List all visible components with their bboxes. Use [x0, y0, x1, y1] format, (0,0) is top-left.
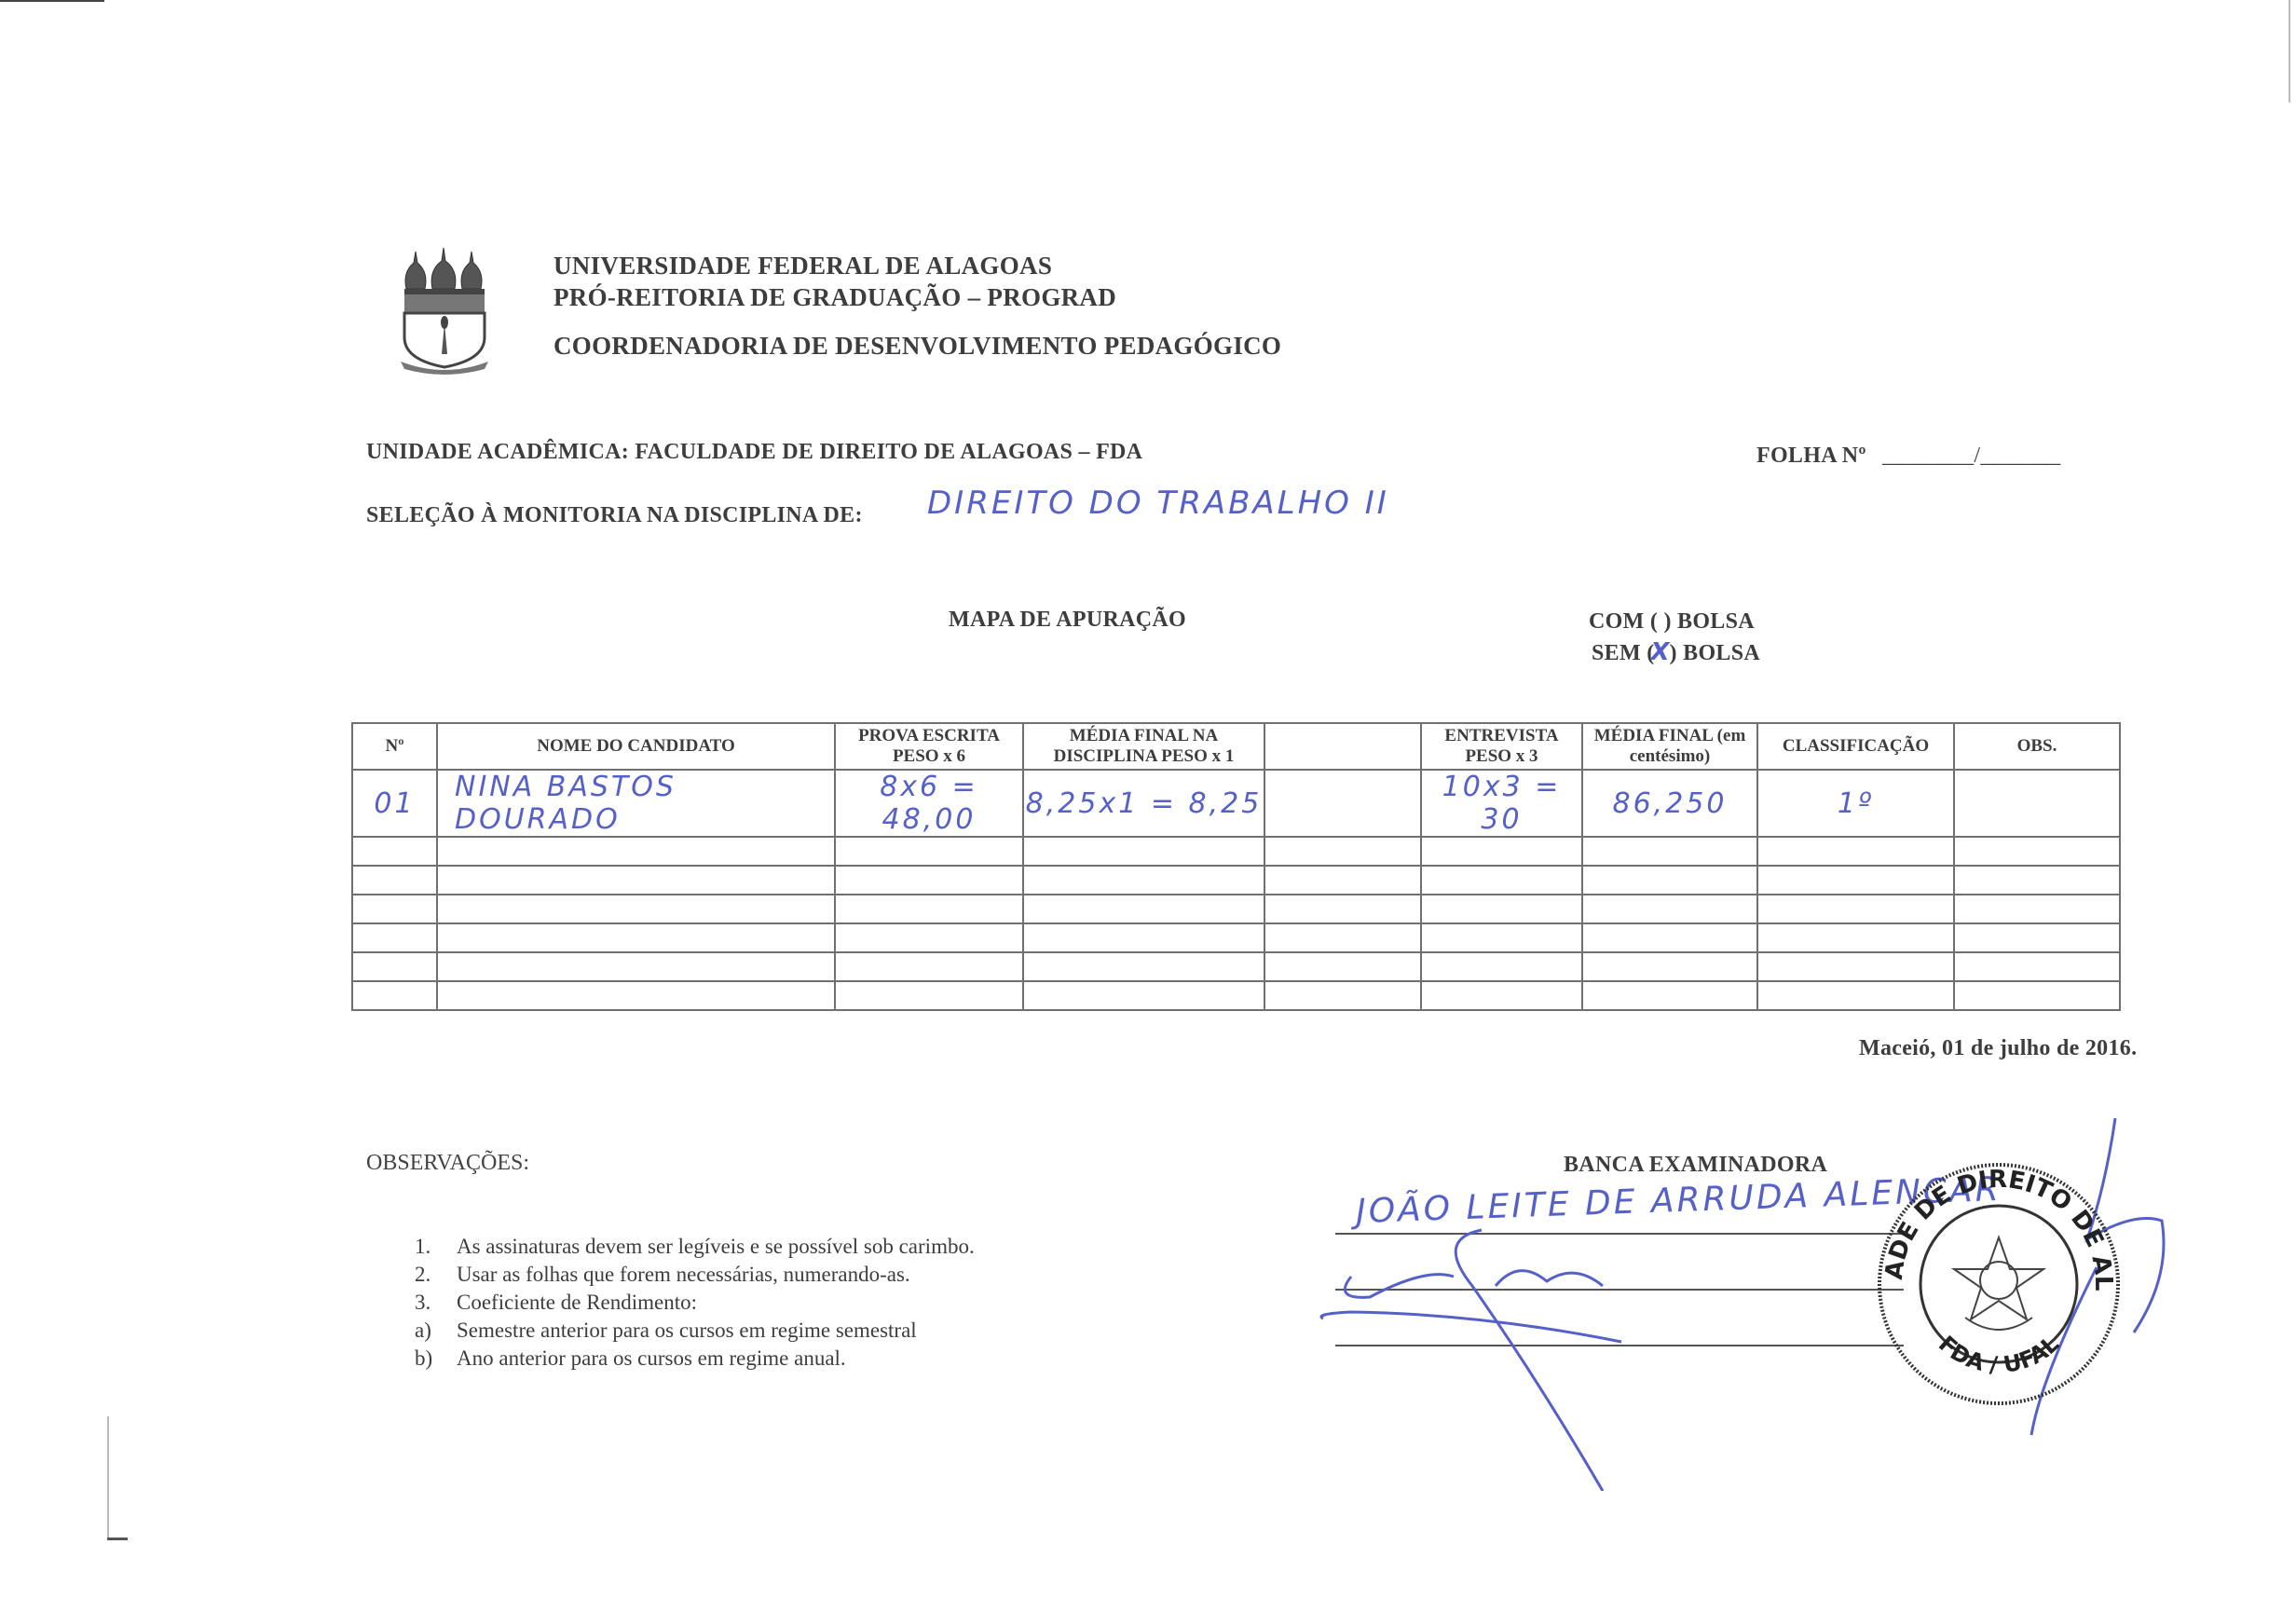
cell-nome[interactable] — [437, 981, 835, 1010]
col-header-entrevista: ENTREVISTA PESO x 3 — [1421, 723, 1582, 770]
cell-classificacao[interactable] — [1757, 923, 1954, 952]
cell-obs[interactable] — [1954, 981, 2120, 1010]
col-header-media-disciplina: MÉDIA FINAL NA DISCIPLINA PESO x 1 — [1023, 723, 1264, 770]
cell-numero[interactable] — [352, 952, 437, 981]
observacao-marker: a) — [415, 1319, 457, 1343]
observacoes-list: 1.As assinaturas devem ser legíveis e se… — [415, 1235, 975, 1374]
col-header-blank — [1264, 723, 1421, 770]
cell-media-final[interactable] — [1582, 952, 1757, 981]
map-title: MAPA DE APURAÇÃO — [949, 608, 1186, 633]
cell-nome[interactable] — [437, 895, 835, 923]
observacao-item: b)Ano anterior para os cursos em regime … — [415, 1346, 975, 1374]
col-header-media-final: MÉDIA FINAL (em centésimo) — [1582, 723, 1757, 770]
cell-blank[interactable] — [1264, 837, 1421, 866]
cell-media-disciplina[interactable] — [1023, 837, 1264, 866]
col-header-nome: NOME DO CANDIDATO — [437, 723, 835, 770]
cell-obs[interactable] — [1954, 770, 2120, 837]
results-table: Nº NOME DO CANDIDATO PROVA ESCRITA PESO … — [351, 722, 2121, 1011]
cell-nome[interactable] — [437, 923, 835, 952]
cell-media-final[interactable] — [1582, 923, 1757, 952]
observacao-text: As assinaturas devem ser legíveis e se p… — [457, 1235, 975, 1258]
cell-obs[interactable] — [1954, 895, 2120, 923]
cell-prova-escrita[interactable] — [835, 981, 1023, 1010]
observacao-item: 3.Coeficiente de Rendimento: — [415, 1291, 975, 1319]
cell-classificacao[interactable] — [1757, 837, 1954, 866]
cell-media-disciplina[interactable] — [1023, 866, 1264, 895]
stamp-bottom-text: FDA / UFAL — [1934, 1331, 2064, 1378]
cell-numero[interactable] — [352, 895, 437, 923]
svg-text:FDA / UFAL: FDA / UFAL — [1934, 1331, 2064, 1378]
observacao-item: 2.Usar as folhas que forem necessárias, … — [415, 1263, 975, 1291]
disciplina-field[interactable]: DIREITO DO TRABALHO II — [927, 485, 1389, 522]
cell-classificacao[interactable] — [1757, 952, 1954, 981]
cell-blank[interactable] — [1264, 770, 1421, 837]
cell-media-disciplina[interactable]: 8,25x1 = 8,25 — [1023, 770, 1264, 837]
checkmark-x-icon: X — [1651, 638, 1670, 666]
cell-prova-escrita[interactable] — [835, 866, 1023, 895]
cell-entrevista[interactable] — [1421, 923, 1582, 952]
cell-media-final[interactable]: 86,250 — [1582, 770, 1757, 837]
cell-media-disciplina[interactable] — [1023, 923, 1264, 952]
col-header-classificacao: CLASSIFICAÇÃO — [1757, 723, 1954, 770]
cell-obs[interactable] — [1954, 866, 2120, 895]
col-header-obs: OBS. — [1954, 723, 2120, 770]
cell-media-final[interactable] — [1582, 895, 1757, 923]
cell-classificacao[interactable] — [1757, 866, 1954, 895]
folha-label: FOLHA Nº — [1756, 444, 1866, 469]
cell-nome[interactable] — [437, 866, 835, 895]
cell-prova-escrita[interactable] — [835, 837, 1023, 866]
cell-media-final[interactable] — [1582, 866, 1757, 895]
cell-numero[interactable] — [352, 866, 437, 895]
cell-blank[interactable] — [1264, 866, 1421, 895]
cell-prova-escrita[interactable] — [835, 895, 1023, 923]
observacao-text: Coeficiente de Rendimento: — [457, 1291, 697, 1314]
scan-edge-mark — [107, 1416, 109, 1537]
cell-classificacao[interactable]: 1º — [1757, 770, 1954, 837]
university-coat-of-arms-icon — [395, 244, 492, 375]
cell-prova-escrita[interactable] — [835, 952, 1023, 981]
table-row — [352, 952, 2120, 981]
faculty-stamp: FACULDADE DE DIREITO DE ALAGOAS FDA / UF… — [1874, 1159, 2124, 1409]
cell-entrevista[interactable] — [1421, 952, 1582, 981]
observacao-marker: 2. — [415, 1263, 457, 1287]
table-header-row: Nº NOME DO CANDIDATO PROVA ESCRITA PESO … — [352, 723, 2120, 770]
selecao-label: SELEÇÃO À MONITORIA NA DISCIPLINA DE: — [366, 503, 863, 528]
cell-nome[interactable] — [437, 837, 835, 866]
observacoes-title: OBSERVAÇÕES: — [366, 1151, 529, 1176]
cell-nome[interactable]: NINA BASTOS DOURADO — [437, 770, 835, 837]
scan-edge-mark — [107, 1537, 128, 1540]
stamp-top-text: FACULDADE DE DIREITO DE ALAGOAS — [1874, 1159, 2117, 1291]
cell-media-disciplina[interactable] — [1023, 981, 1264, 1010]
scan-edge-mark — [2289, 0, 2290, 102]
observacao-marker: 3. — [415, 1291, 457, 1315]
cell-obs[interactable] — [1954, 952, 2120, 981]
col-header-numero: Nº — [352, 723, 437, 770]
cell-blank[interactable] — [1264, 895, 1421, 923]
scan-edge-mark — [0, 0, 104, 2]
cell-numero[interactable] — [352, 923, 437, 952]
pro-reitoria-name: PRÓ-REITORIA DE GRADUAÇÃO – PROGRAD — [553, 283, 1116, 312]
cell-classificacao[interactable] — [1757, 981, 1954, 1010]
cell-obs[interactable] — [1954, 923, 2120, 952]
coordenadoria-name: COORDENADORIA DE DESENVOLVIMENTO PEDAGÓG… — [553, 332, 1281, 361]
cell-numero[interactable] — [352, 981, 437, 1010]
observacao-item: a)Semestre anterior para os cursos em re… — [415, 1319, 975, 1346]
table-row — [352, 923, 2120, 952]
cell-entrevista[interactable] — [1421, 866, 1582, 895]
folha-number-field[interactable]: ________/_______ — [1882, 444, 2060, 469]
cell-media-disciplina[interactable] — [1023, 952, 1264, 981]
cell-blank[interactable] — [1264, 923, 1421, 952]
table-row — [352, 837, 2120, 866]
observacao-text: Semestre anterior para os cursos em regi… — [457, 1319, 917, 1342]
observacao-marker: b) — [415, 1346, 457, 1371]
table-row — [352, 895, 2120, 923]
cell-entrevista[interactable]: 10x3 = 30 — [1421, 770, 1582, 837]
sem-bolsa-option[interactable]: SEM (X) BOLSA — [1592, 638, 1760, 666]
cell-nome[interactable] — [437, 952, 835, 981]
col-header-prova-escrita: PROVA ESCRITA PESO x 6 — [835, 723, 1023, 770]
observacao-text: Usar as folhas que forem necessárias, nu… — [457, 1263, 910, 1286]
observacao-item: 1.As assinaturas devem ser legíveis e se… — [415, 1235, 975, 1263]
cell-classificacao[interactable] — [1757, 895, 1954, 923]
table-row: 01NINA BASTOS DOURADO8x6 = 48,008,25x1 =… — [352, 770, 2120, 837]
cell-entrevista[interactable] — [1421, 981, 1582, 1010]
observacao-marker: 1. — [415, 1235, 457, 1259]
observacao-text: Ano anterior para os cursos em regime an… — [457, 1346, 846, 1370]
cell-media-final[interactable] — [1582, 837, 1757, 866]
svg-text:FACULDADE DE DIREITO DE ALAGOA: FACULDADE DE DIREITO DE ALAGOAS — [1874, 1159, 2117, 1291]
cell-blank[interactable] — [1264, 952, 1421, 981]
cell-blank[interactable] — [1264, 981, 1421, 1010]
cell-entrevista[interactable] — [1421, 837, 1582, 866]
university-name: UNIVERSIDADE FEDERAL DE ALAGOAS — [553, 252, 1052, 280]
unidade-academica-label: UNIDADE ACADÊMICA: FACULDADE DE DIREITO … — [366, 440, 1142, 465]
cell-entrevista[interactable] — [1421, 895, 1582, 923]
brazil-coat-of-arms-icon — [1954, 1237, 2043, 1330]
table-row — [352, 981, 2120, 1010]
cell-obs[interactable] — [1954, 837, 2120, 866]
com-bolsa-option[interactable]: COM ( ) BOLSA — [1589, 609, 1755, 635]
place-date: Maceió, 01 de julho de 2016. — [1859, 1036, 2137, 1061]
cell-media-final[interactable] — [1582, 981, 1757, 1010]
cell-numero[interactable] — [352, 837, 437, 866]
cell-prova-escrita[interactable]: 8x6 = 48,00 — [835, 770, 1023, 837]
cell-numero[interactable]: 01 — [352, 770, 437, 837]
cell-prova-escrita[interactable] — [835, 923, 1023, 952]
table-row — [352, 866, 2120, 895]
cell-media-disciplina[interactable] — [1023, 895, 1264, 923]
